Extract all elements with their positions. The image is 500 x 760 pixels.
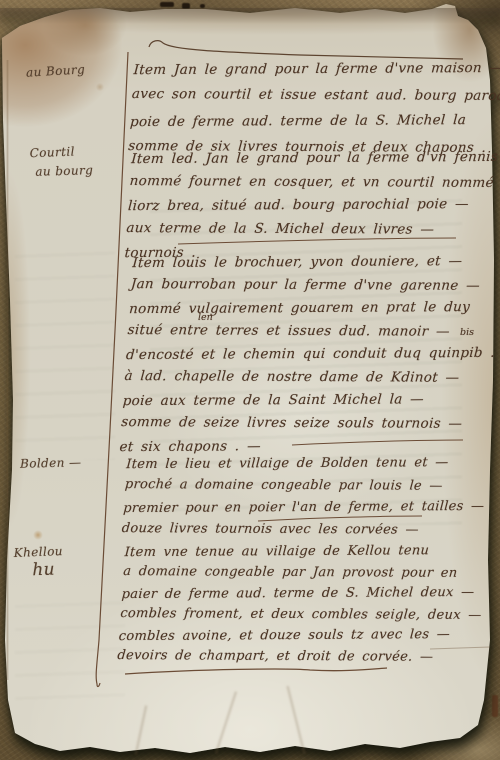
margin-note-bolden: Bolden — [20, 455, 82, 470]
manuscript-text-line: liorz brea, situé aud. bourg parochial p… [127, 193, 495, 219]
manuscript-text-line: somme de seize livres seize souls tourno… [120, 411, 491, 436]
manuscript-text-line: Item led. Jan le grand pour la ferme d'v… [130, 146, 498, 172]
manuscript-text-line: a domaine congeable par Jan provost pour… [122, 561, 485, 584]
photograph-background: au Bourg Courtil au bourg Bolden — Khell… [0, 0, 500, 760]
margin-note-line: Bolden — [20, 455, 82, 470]
entry-1: Item Jan le grand pour la ferme d'vne ma… [127, 56, 500, 160]
entry-4: Item le lieu et villaige de Bolden tenu … [121, 453, 488, 541]
manuscript-text-line: d'encosté et le chemin qui conduit duq q… [125, 342, 496, 367]
manuscript-text-line: aux terme de la S. Michel deux livres — [126, 217, 494, 242]
manuscript-text-line: poie de ferme aud. terme de la S. Michel… [129, 107, 500, 135]
manuscript-text-line: devoirs de champart, et droit de corvée.… [117, 645, 480, 668]
manuscript-text-line: nommé fournet en cosquer, et vn courtil … [129, 170, 497, 195]
manuscript-text-line: situé entre terres et issues dud. manoir… [127, 319, 498, 344]
manuscript-text-line: douze livres tournois avec les corvées — [121, 518, 484, 542]
interline-insertion: len [198, 312, 213, 323]
manuscript-text-line: combles avoine, et douze souls tz avec l… [118, 624, 481, 647]
manuscript-text-line: Item vne tenue au villaige de Kellou ten… [124, 540, 487, 563]
margin-note-flourish: hu [14, 560, 64, 579]
manuscript-text-line: paier de ferme aud. terme de S. Michel d… [121, 582, 484, 605]
margin-note-line: au bourg [30, 161, 93, 182]
superscript-note: bis [460, 327, 474, 338]
manuscript-text-line: Item le lieu et villaige de Bolden tenu … [126, 452, 489, 476]
margin-note-khellou: Khellou hu [13, 542, 63, 580]
margin-note-courtil-au-bourg: Courtil au bourg [29, 142, 93, 182]
manuscript-text-line: Item Jan le grand pour la ferme d'vne ma… [133, 55, 500, 83]
manuscript-text-line: nommé vulgairement gouarem en prat le du… [128, 296, 499, 321]
manuscript-text-line: à lad. chapelle de nostre dame de Kdinot… [124, 365, 495, 390]
manuscript-text-line: avec son courtil et issue estant aud. bo… [131, 81, 500, 109]
manuscript-text-line: poie aux terme de la Saint Michel la — [122, 388, 493, 413]
manuscript-text-line: proché a domaine congeable par louis le … [124, 474, 487, 498]
entry-5: Item vne tenue au villaige de Kellou ten… [117, 541, 487, 667]
entry-2: Item led. Jan le grand pour la ferme d'v… [124, 147, 499, 265]
manuscript-text-line: premier pour en poier l'an de ferme, et … [122, 496, 485, 520]
entry-3: Item louis le brochuer, yvon douniere, e… [119, 251, 500, 458]
margin-note-line: Courtil [29, 142, 93, 164]
manuscript-text-line: combles froment, et deux combles seigle,… [120, 603, 483, 626]
manuscript-page: au Bourg Courtil au bourg Bolden — Khell… [0, 0, 500, 760]
manuscript-text-line: Jan bourroban pour la ferme d'vne garenn… [130, 273, 500, 298]
manuscript-text-line: Item louis le brochuer, yvon douniere, e… [132, 250, 500, 275]
